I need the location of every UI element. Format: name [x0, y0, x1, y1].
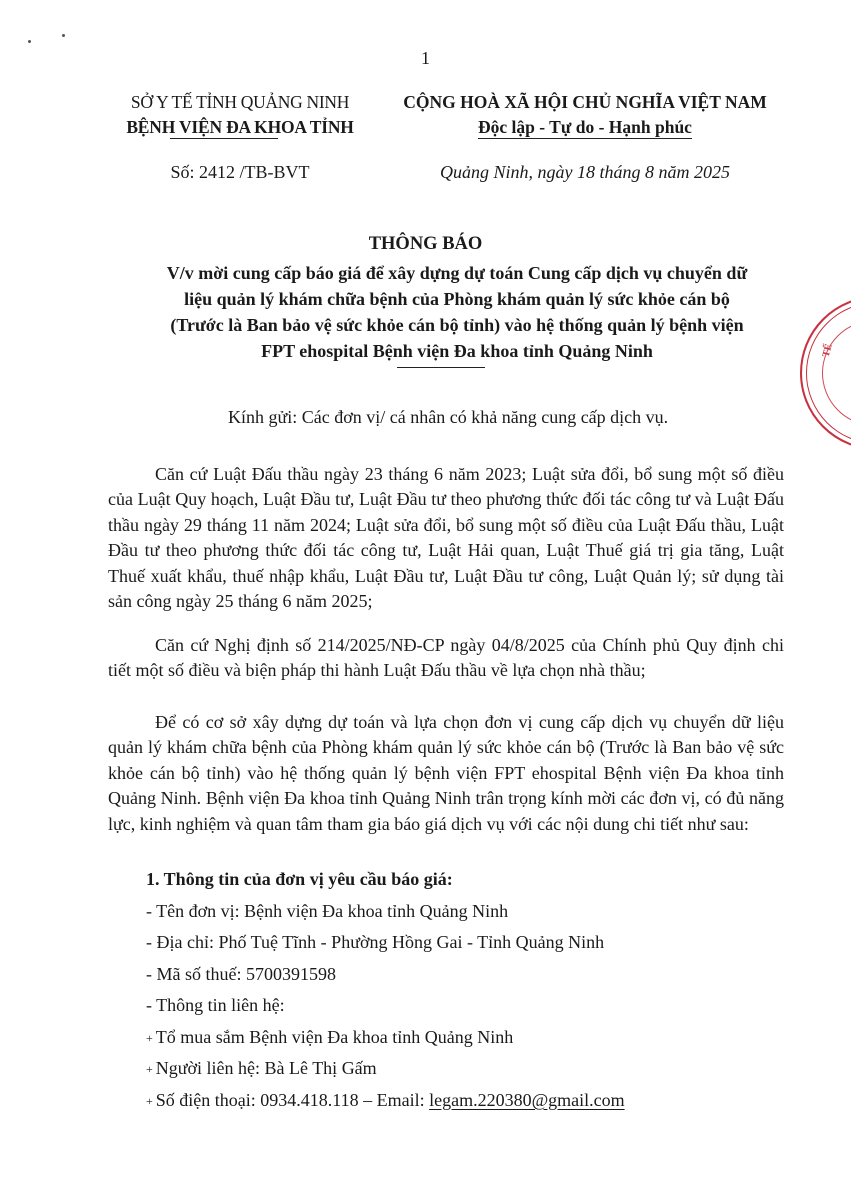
unit-name: - Tên đơn vị: Bệnh viện Đa khoa tỉnh Quả… [146, 896, 625, 928]
national-title-block: CỘNG HOÀ XÃ HỘI CHỦ NGHĨA VIỆT NAM Độc l… [360, 90, 810, 140]
plus-bullet-icon: + [146, 1062, 153, 1076]
scan-speck [28, 40, 31, 43]
section-heading: 1. Thông tin của đơn vị yêu cầu báo giá: [146, 864, 625, 896]
phone-email: +Số điện thoại: 0934.418.118 – Email: le… [146, 1085, 625, 1117]
legal-basis-paragraph-2: Căn cứ Nghị định số 214/2025/NĐ-CP ngày … [108, 633, 784, 684]
procurement-team: +Tổ mua sắm Bệnh viện Đa khoa tỉnh Quảng… [146, 1022, 625, 1054]
page-number: 1 [0, 48, 851, 69]
document-subject: V/v mời cung cấp báo giá để xây dựng dự … [132, 260, 782, 364]
phone-text: Số điện thoại: 0934.418.118 – Email: [156, 1090, 429, 1110]
plus-bullet-icon: + [146, 1094, 153, 1108]
parent-agency: SỞ Y TẾ TỈNH QUẢNG NINH [95, 90, 385, 115]
document-number: Số: 2412 /TB-BVT [95, 162, 385, 183]
contact-person-text: Người liên hệ: Bà Lê Thị Gấm [156, 1058, 377, 1078]
plus-bullet-icon: + [146, 1031, 153, 1045]
scan-speck [62, 34, 65, 37]
subject-line: liệu quản lý khám chữa bệnh của Phòng kh… [132, 286, 782, 312]
place-and-date: Quảng Ninh, ngày 18 tháng 8 năm 2025 [360, 162, 810, 183]
subject-line: V/v mời cung cấp báo giá để xây dựng dự … [132, 260, 782, 286]
email-link[interactable]: legam.220380@gmail.com [429, 1090, 625, 1110]
country-name: CỘNG HOÀ XÃ HỘI CHỦ NGHĨA VIỆT NAM [360, 90, 810, 115]
invitation-paragraph: Để có cơ sở xây dựng dự toán và lựa chọn… [108, 710, 784, 837]
legal-basis-paragraph-1: Căn cứ Luật Đấu thầu ngày 23 tháng 6 năm… [108, 462, 784, 614]
subject-line: (Trước là Ban bảo vệ sức khỏe cán bộ tỉn… [132, 312, 782, 338]
tax-code: - Mã số thuế: 5700391598 [146, 959, 625, 991]
requesting-unit-info: 1. Thông tin của đơn vị yêu cầu báo giá:… [146, 864, 625, 1116]
national-motto: Độc lập - Tự do - Hạnh phúc [478, 116, 692, 139]
issuing-agency-block: SỞ Y TẾ TỈNH QUẢNG NINH BỆNH VIỆN ĐA KHO… [95, 90, 385, 140]
procurement-team-text: Tổ mua sắm Bệnh viện Đa khoa tỉnh Quảng … [156, 1027, 513, 1047]
document-title: THÔNG BÁO [0, 234, 851, 255]
contact-person: +Người liên hệ: Bà Lê Thị Gấm [146, 1053, 625, 1085]
title-divider [397, 367, 485, 368]
organization-underline [170, 138, 278, 139]
organization-name: BỆNH VIỆN ĐA KHOA TỈNH [126, 117, 353, 137]
issuing-organization: BỆNH VIỆN ĐA KHOA TỈNH [126, 115, 353, 140]
recipient-line: Kính gửi: Các đơn vị/ cá nhân có khả năn… [228, 407, 668, 428]
unit-address: - Địa chỉ: Phố Tuệ Tĩnh - Phường Hồng Ga… [146, 927, 625, 959]
subject-line: FPT ehospital Bệnh viện Đa khoa tỉnh Quả… [132, 338, 782, 364]
contact-info-label: - Thông tin liên hệ: [146, 990, 625, 1022]
